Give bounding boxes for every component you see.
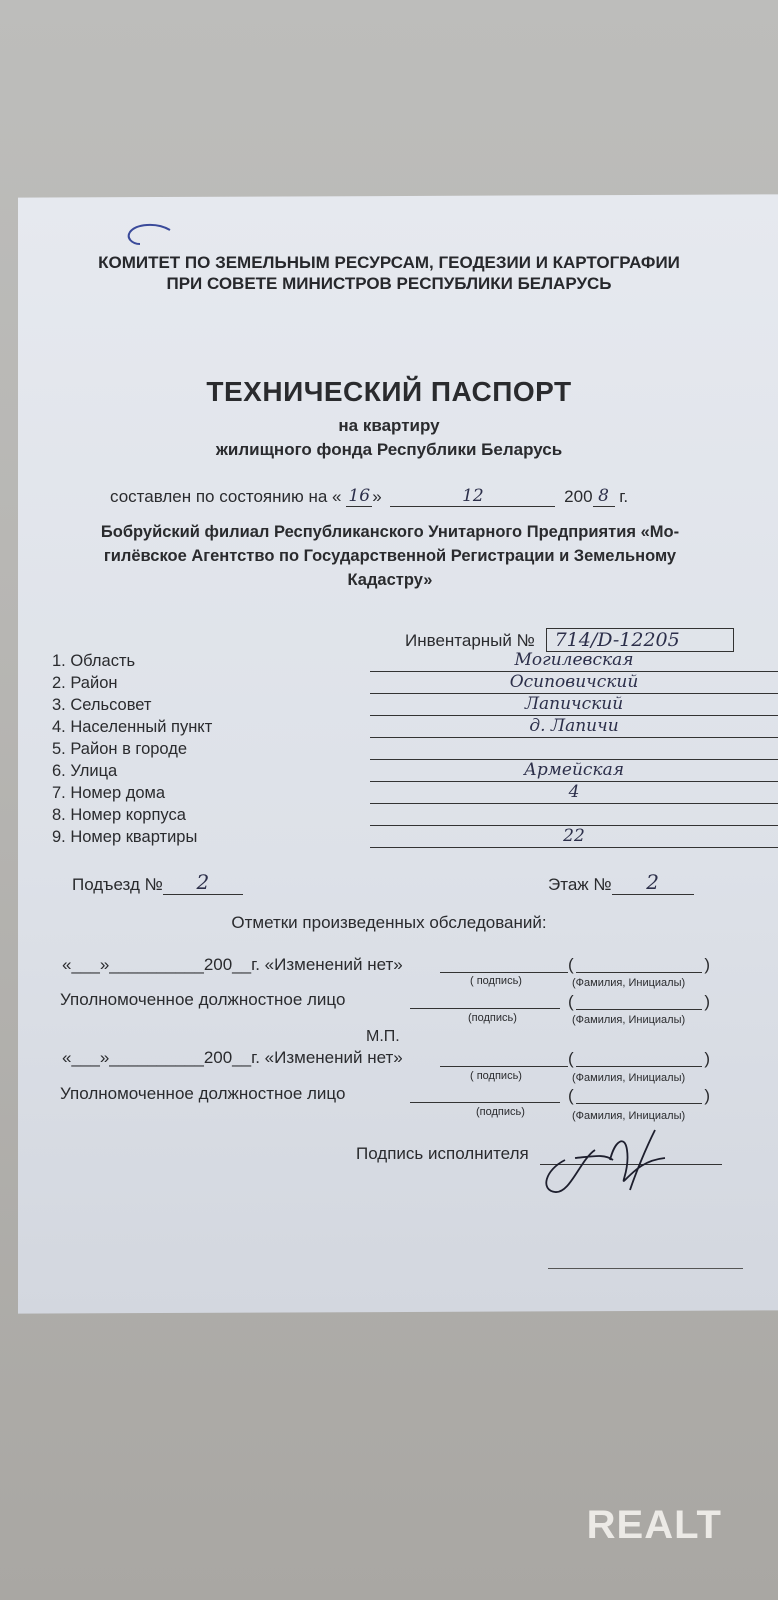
- field-value: д. Лапичи: [370, 716, 778, 738]
- realt-watermark-logo: REALT: [587, 1503, 722, 1548]
- stamp-place: М.П.: [366, 1028, 400, 1046]
- address-row: 5. Район в городе: [52, 738, 728, 760]
- date-day: 16: [346, 486, 372, 507]
- field-value: Могилевская: [370, 650, 778, 672]
- inventory-number: Инвентарный № 714/D-12205: [405, 628, 734, 652]
- official-signature-line-1: [410, 1008, 560, 1009]
- field-value: [370, 804, 778, 826]
- subtitle-line-1: на квартиру: [0, 414, 778, 438]
- field-value: Осиповичский: [370, 672, 778, 694]
- inspection-name-bracket-1: (): [568, 955, 710, 975]
- official-signature-line-2: [410, 1102, 560, 1103]
- field-label: 2. Район: [52, 674, 117, 693]
- field-label: 5. Район в городе: [52, 740, 187, 759]
- official-label-2: Уполномоченное должностное лицо: [60, 1084, 345, 1104]
- committee-line-1: КОМИТЕТ ПО ЗЕМЕЛЬНЫМ РЕСУРСАМ, ГЕОДЕЗИИ …: [0, 252, 778, 273]
- address-row: 1. ОбластьМогилевская: [52, 650, 728, 672]
- date-year: 8: [593, 486, 615, 507]
- entrance-field: Подъезд №2: [72, 870, 243, 895]
- address-fields: 1. ОбластьМогилевская2. РайонОсиповичски…: [52, 650, 728, 848]
- address-row: 2. РайонОсиповичский: [52, 672, 728, 694]
- branch-name: Бобруйский филиал Республиканского Унита…: [50, 520, 730, 592]
- field-label: 7. Номер дома: [52, 784, 165, 803]
- document-title: ТЕХНИЧЕСКИЙ ПАСПОРТ: [0, 376, 778, 408]
- field-value: [370, 738, 778, 760]
- executor-signature-label: Подпись исполнителя: [356, 1144, 529, 1164]
- field-label: 4. Населенный пункт: [52, 718, 212, 737]
- page-bottom-line: [548, 1268, 743, 1269]
- subtitle-line-2: жилищного фонда Республики Беларусь: [0, 438, 778, 462]
- inspection-signature-line-1: [440, 972, 568, 973]
- floor-field: Этаж №2: [548, 870, 694, 895]
- inventory-value: 714/D-12205: [546, 628, 734, 652]
- address-row: 7. Номер дома4: [52, 782, 728, 804]
- address-row: 8. Номер корпуса: [52, 804, 728, 826]
- document-subtitle: на квартиру жилищного фонда Республики Б…: [0, 414, 778, 462]
- field-value: 4: [370, 782, 778, 804]
- committee-line-2: ПРИ СОВЕТЕ МИНИСТРОВ РЕСПУБЛИКИ БЕЛАРУСЬ: [0, 273, 778, 294]
- inspection-date-1: «___»__________200__г. «Изменений нет»: [62, 955, 403, 975]
- address-row: 9. Номер квартиры22: [52, 826, 728, 848]
- field-label: 6. Улица: [52, 762, 117, 781]
- field-value: 22: [370, 826, 778, 848]
- entrance-value: 2: [163, 870, 243, 895]
- field-label: 1. Область: [52, 652, 135, 671]
- field-label: 3. Сельсовет: [52, 696, 152, 715]
- field-label: 9. Номер квартиры: [52, 828, 197, 847]
- date-month: 12: [390, 486, 555, 507]
- inspection-signature-line-2: [440, 1066, 568, 1067]
- signature-scribble-icon: [535, 1120, 705, 1200]
- official-label-1: Уполномоченное должностное лицо: [60, 990, 345, 1010]
- floor-value: 2: [612, 870, 694, 895]
- field-label: 8. Номер корпуса: [52, 806, 186, 825]
- address-row: 6. УлицаАрмейская: [52, 760, 728, 782]
- inspections-heading: Отметки произведенных обследований:: [0, 913, 778, 933]
- date-line: составлен по состоянию на « 16» 12 2008 …: [110, 486, 628, 507]
- pen-mark-icon: [126, 222, 176, 252]
- field-value: Армейская: [370, 760, 778, 782]
- address-row: 4. Населенный пунктд. Лапичи: [52, 716, 728, 738]
- inspection-date-2: «___»__________200__г. «Изменений нет»: [62, 1048, 403, 1068]
- committee-header: КОМИТЕТ ПО ЗЕМЕЛЬНЫМ РЕСУРСАМ, ГЕОДЕЗИИ …: [0, 252, 778, 294]
- address-row: 3. СельсоветЛапичский: [52, 694, 728, 716]
- field-value: Лапичский: [370, 694, 778, 716]
